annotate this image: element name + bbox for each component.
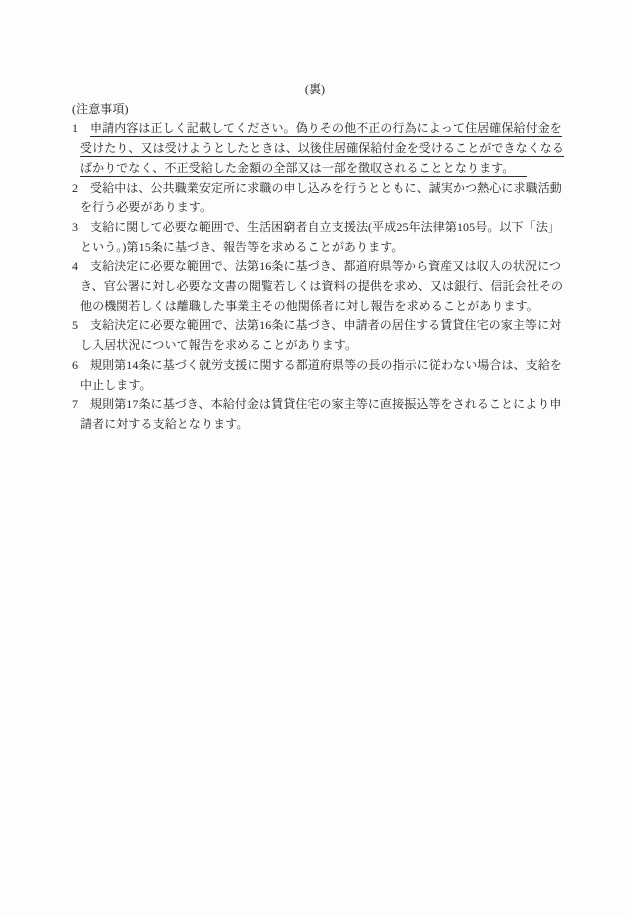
note-line-text: 支給決定に必要な範囲で、法第16条に基づき、申請者の居住する賃貸住宅の家主等に対 <box>90 318 561 332</box>
note-line-text: 支給決定に必要な範囲で、法第16条に基づき、都道府県等から資産又は収入の状況につ <box>90 259 561 273</box>
note-line-text: 請者に対する支給となります。 <box>80 417 248 431</box>
note-line: という。)第15条に基づき、報告等を求めることがあります。 <box>72 238 558 258</box>
note-line-text: 支給に関して必要な範囲で、生活困窮者自立支援法(平成25年法律第105号。以下「… <box>90 220 560 234</box>
note-number: 6 <box>72 356 90 376</box>
note-number: 3 <box>72 218 90 238</box>
note-line-text: という。)第15条に基づき、報告等を求めることがあります。 <box>80 240 403 254</box>
note-line: し入居状況について報告を求めることがあります。 <box>72 336 558 356</box>
note-line: 請者に対する支給となります。 <box>72 415 558 435</box>
document-page: (裏) (注意事項) 1申請内容は正しく記載してください。偽りその他不正の行為に… <box>0 0 630 915</box>
note-line: 中止します。 <box>72 376 558 396</box>
note-line-text: 受給中は、公共職業安定所に求職の申し込みを行うとともに、誠実かつ熱心に求職活動 <box>90 181 562 195</box>
note-line-text: 他の機関若しくは離職した事業主その他関係者に対し報告を求めることがあります。 <box>80 299 539 313</box>
note-line: 7規則第17条に基づき、本給付金は賃貸住宅の家主等に直接振込等をされることにより… <box>72 395 558 415</box>
notes-text-block: (裏) (注意事項) 1申請内容は正しく記載してください。偽りその他不正の行為に… <box>72 80 558 435</box>
note-line: 4支給決定に必要な範囲で、法第16条に基づき、都道府県等から資産又は収入の状況に… <box>72 257 558 277</box>
note-line-text: ばかりでなく、不正受給した金額の全部又は一部を徴収されることとなります。 <box>80 161 527 177</box>
note-line-text: を行う必要があります。 <box>80 200 212 214</box>
note-line-text: 中止します。 <box>80 378 152 392</box>
note-line: ばかりでなく、不正受給した金額の全部又は一部を徴収されることとなります。 <box>72 159 558 179</box>
note-item-1: 1申請内容は正しく記載してください。偽りその他不正の行為によって住居確保給付金を… <box>72 119 558 178</box>
note-item-7: 7規則第17条に基づき、本給付金は賃貸住宅の家主等に直接振込等をされることにより… <box>72 395 558 434</box>
note-line-text: し入居状況について報告を求めることがあります。 <box>80 338 357 352</box>
note-number: 7 <box>72 395 90 415</box>
notice-heading: (注意事項) <box>72 100 558 120</box>
note-line-text: 受けたり、又は受けようとしたときは、以後住居確保給付金を受けることができなくなる <box>80 141 564 157</box>
note-line: 3支給に関して必要な範囲で、生活困窮者自立支援法(平成25年法律第105号。以下… <box>72 218 558 238</box>
note-line: 2受給中は、公共職業安定所に求職の申し込みを行うとともに、誠実かつ熱心に求職活動 <box>72 179 558 199</box>
note-number: 5 <box>72 316 90 336</box>
note-line: 1申請内容は正しく記載してください。偽りその他不正の行為によって住居確保給付金を <box>72 119 558 139</box>
note-line-text: 規則第14条に基づく就労支援に関する都道府県等の長の指示に従わない場合は、支給を <box>90 358 562 372</box>
note-line-text: 規則第17条に基づき、本給付金は賃貸住宅の家主等に直接振込等をされることにより申 <box>90 397 562 411</box>
note-item-2: 2受給中は、公共職業安定所に求職の申し込みを行うとともに、誠実かつ熱心に求職活動… <box>72 179 558 218</box>
note-item-4: 4支給決定に必要な範囲で、法第16条に基づき、都道府県等から資産又は収入の状況に… <box>72 257 558 316</box>
note-line: 5支給決定に必要な範囲で、法第16条に基づき、申請者の居住する賃貸住宅の家主等に… <box>72 316 558 336</box>
note-line: 6規則第14条に基づく就労支援に関する都道府県等の長の指示に従わない場合は、支給… <box>72 356 558 376</box>
note-item-5: 5支給決定に必要な範囲で、法第16条に基づき、申請者の居住する賃貸住宅の家主等に… <box>72 316 558 355</box>
note-item-6: 6規則第14条に基づく就労支援に関する都道府県等の長の指示に従わない場合は、支給… <box>72 356 558 395</box>
note-number: 2 <box>72 179 90 199</box>
note-line-text: 申請内容は正しく記載してください。偽りその他不正の行為によって住居確保給付金を <box>90 121 562 137</box>
note-line: を行う必要があります。 <box>72 198 558 218</box>
note-line: き、官公署に対し必要な文書の閲覧若しくは資料の提供を求め、又は銀行、信託会社その <box>72 277 558 297</box>
note-line: 他の機関若しくは離職した事業主その他関係者に対し報告を求めることがあります。 <box>72 297 558 317</box>
page-side-label: (裏) <box>72 80 558 100</box>
note-item-3: 3支給に関して必要な範囲で、生活困窮者自立支援法(平成25年法律第105号。以下… <box>72 218 558 257</box>
note-line-text: き、官公署に対し必要な文書の閲覧若しくは資料の提供を求め、又は銀行、信託会社その <box>80 279 563 293</box>
note-line: 受けたり、又は受けようとしたときは、以後住居確保給付金を受けることができなくなる <box>72 139 558 159</box>
note-number: 1 <box>72 119 90 139</box>
note-number: 4 <box>72 257 90 277</box>
